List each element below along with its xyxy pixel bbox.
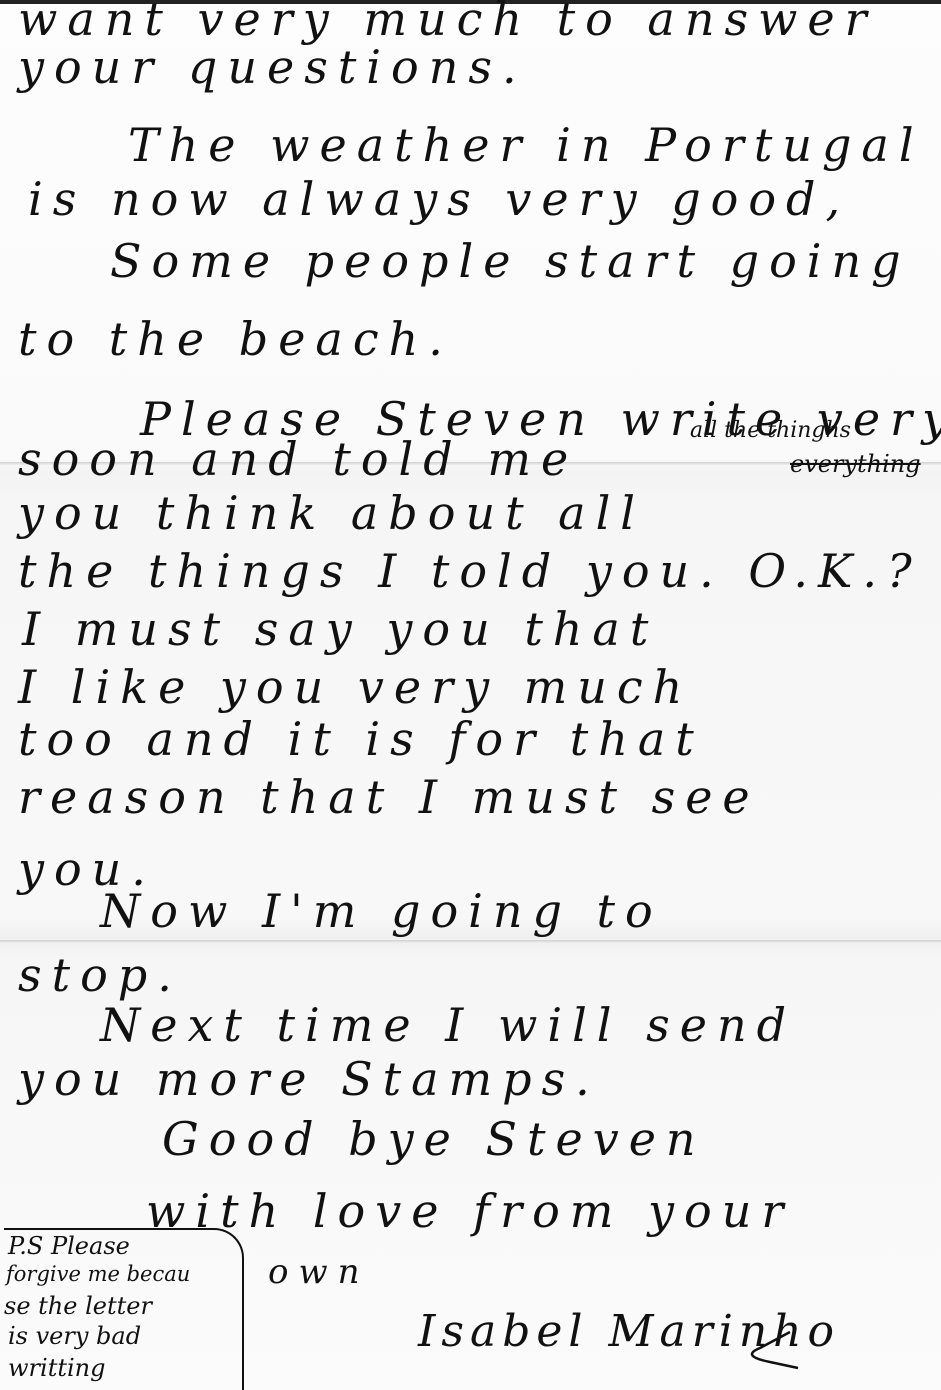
letter-line: own <box>268 1252 369 1292</box>
letter-line: to the beach. <box>18 312 453 366</box>
letter-line: reason that I must see <box>18 770 760 824</box>
letter-line: too and it is for that <box>18 712 704 766</box>
letter-line: Now I'm going to <box>100 884 663 938</box>
letter-line: is now always very good, <box>28 172 850 226</box>
letter-line: I like you very much <box>18 660 692 714</box>
postscript-line: forgive me becau <box>6 1262 190 1286</box>
letter-line: The weather in Portugal <box>128 118 924 172</box>
fold-crease-lower <box>0 940 941 943</box>
inserted-phrase: all the thinghs <box>690 418 851 443</box>
handwritten-letter-page: want very much to answer your questions.… <box>0 0 941 1390</box>
letter-line: you more Stamps. <box>18 1052 600 1106</box>
postscript-line: writting <box>8 1354 105 1382</box>
letter-line: I must say you that <box>22 602 658 656</box>
postscript-line: se the letter <box>4 1292 152 1320</box>
letter-line: stop. <box>18 948 182 1002</box>
letter-line: Some people start going <box>110 234 911 288</box>
letter-line: Next time I will send <box>100 998 796 1052</box>
letter-line: with love from your <box>146 1184 793 1238</box>
letter-line: you think about all <box>18 486 645 540</box>
postscript-line: P.S Please <box>8 1232 130 1260</box>
letter-line: your questions. <box>18 40 527 94</box>
signature-flourish-icon <box>700 1330 800 1370</box>
letter-line: soon and told me <box>18 432 578 486</box>
postscript-line: is very bad <box>8 1322 141 1350</box>
struck-out-word: everything <box>790 450 921 478</box>
letter-line: Good bye Steven <box>162 1112 706 1166</box>
letter-line: the things I told you. O.K.? <box>18 544 922 598</box>
